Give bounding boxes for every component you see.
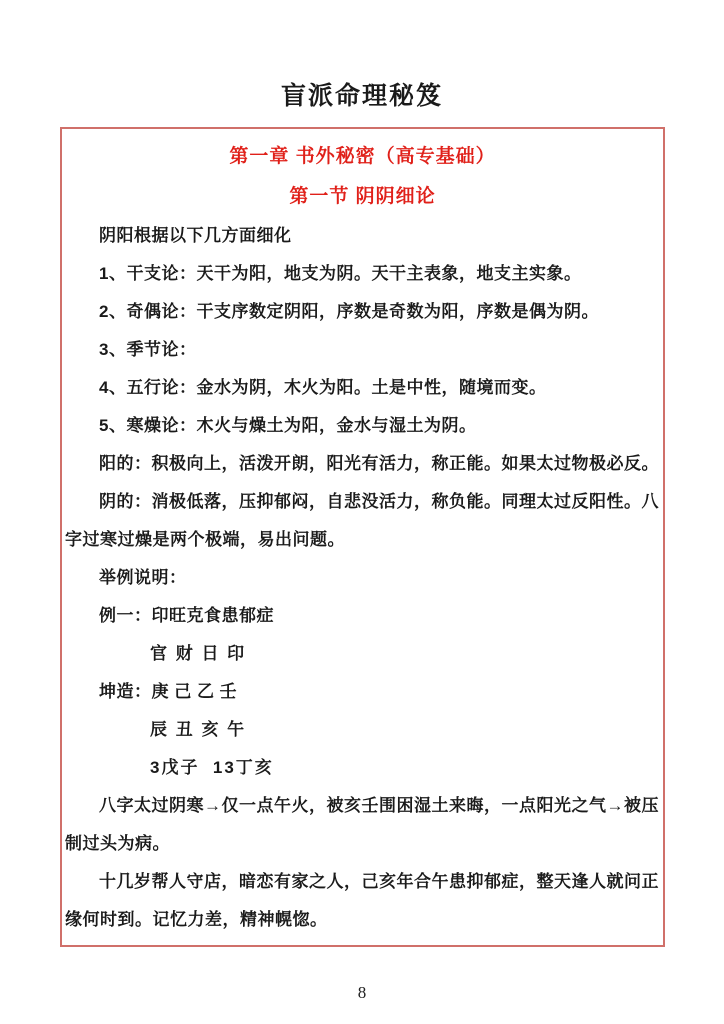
yin-paragraph-line-1: 阴的：消极低落，压抑郁闷，自悲没活力，称负能。同理太过反阳性。八	[65, 483, 660, 521]
story-line-1: 十几岁帮人守店，暗恋有家之人，己亥年合午患抑郁症，整天逢人就问正	[65, 863, 660, 901]
bazi-chart-row: 坤造：庚 己 乙 壬	[65, 673, 660, 711]
document-page: 盲派命理秘笈 第一章 书外秘密（高专基础） 第一节 阴阴细论 阴阳根据以下几方面…	[0, 0, 724, 1024]
yang-paragraph: 阳的：积极向上，活泼开朗，阳光有活力，称正能。如果太过物极必反。	[65, 445, 660, 483]
analysis-line-1: 八字太过阴寒→仅一点午火，被亥壬围困湿土来晦，一点阳光之气→被压	[65, 787, 660, 825]
ten-gods-row: 官 财 日 印	[65, 635, 660, 673]
section-heading: 第一节 阴阴细论	[65, 177, 660, 217]
point-jijie: 3、季节论：	[65, 331, 660, 369]
point-ganzhi: 1、干支论：天干为阳，地支为阴。天干主表象，地支主实象。	[65, 255, 660, 293]
story-line-2: 缘何时到。记忆力差，精神幌惚。	[65, 901, 660, 939]
point-wuxing: 4、五行论：金水为阴，木火为阳。土是中性，随境而变。	[65, 369, 660, 407]
kunzao-label: 坤造：	[99, 682, 152, 701]
intro-paragraph: 阴阳根据以下几方面细化	[65, 217, 660, 255]
luck-pillars-row: 3戊子 13丁亥	[65, 749, 660, 787]
analysis-line-2: 制过头为病。	[65, 825, 660, 863]
yin-paragraph-line-2: 字过寒过燥是两个极端，易出问题。	[65, 521, 660, 559]
example-title: 例一：印旺克食患郁症	[65, 597, 660, 635]
content-border-box: 第一章 书外秘密（高专基础） 第一节 阴阴细论 阴阳根据以下几方面细化 1、干支…	[60, 127, 665, 947]
heavenly-stems-row: 庚 己 乙 壬	[152, 682, 238, 701]
earthly-branches-row: 辰 丑 亥 午	[65, 711, 660, 749]
point-qiou: 2、奇偶论：干支序数定阴阳，序数是奇数为阳，序数是偶为阴。	[65, 293, 660, 331]
point-hanzao: 5、寒燥论：木火与燥土为阳，金水与湿土为阴。	[65, 407, 660, 445]
page-number: 8	[0, 983, 724, 1003]
document-title: 盲派命理秘笈	[0, 0, 724, 110]
example-intro: 举例说明：	[65, 559, 660, 597]
chapter-heading: 第一章 书外秘密（高专基础）	[65, 137, 660, 177]
